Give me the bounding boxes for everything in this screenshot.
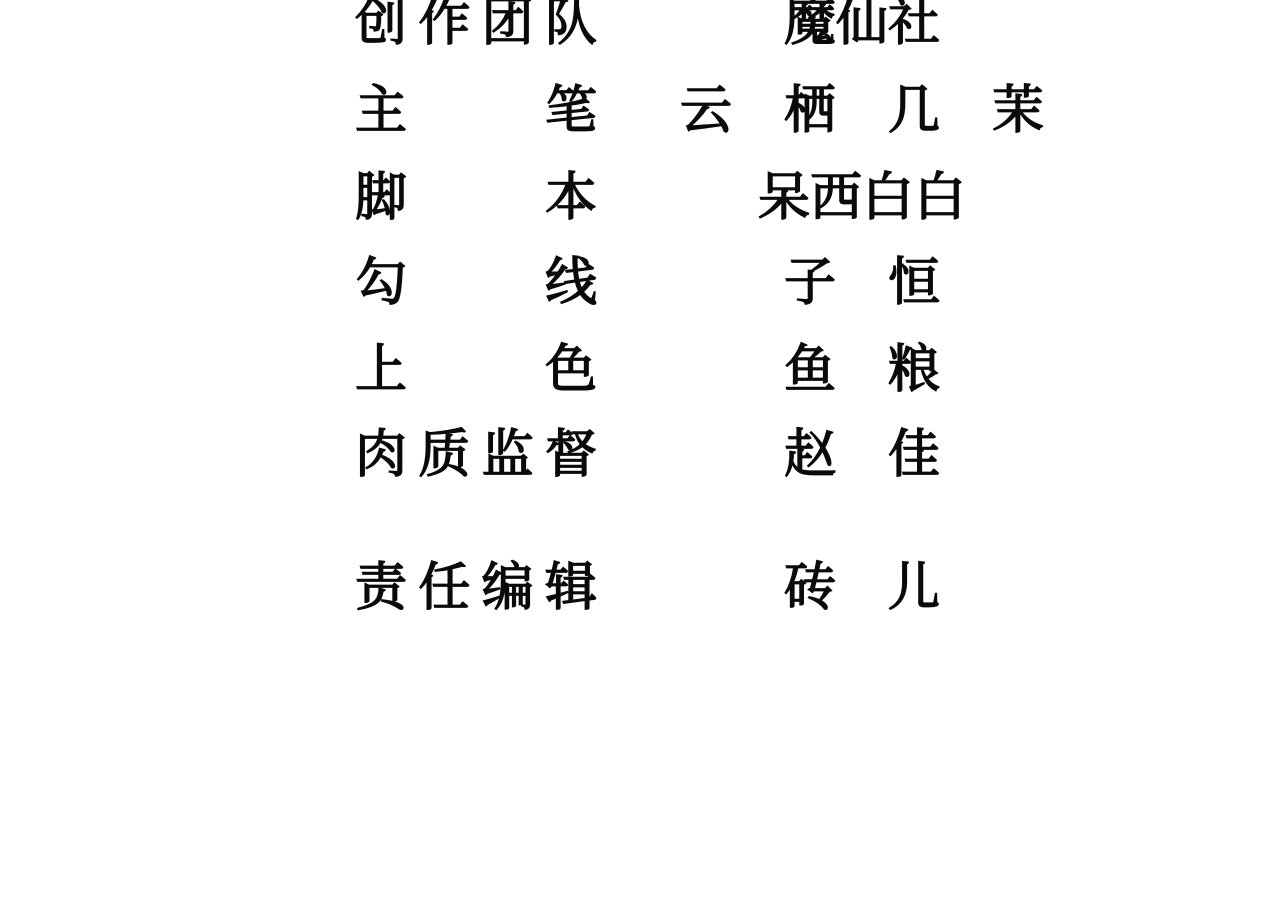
credit-name-value: 赵 佳 — [640, 429, 1084, 481]
credit-role-label: 创作团队 — [355, 0, 597, 49]
credit-name-value: 鱼 粮 — [640, 344, 1084, 396]
credits-row-lead-artist: 主笔 云 栖 几 茉 — [0, 85, 1280, 143]
credit-role-label: 责任编辑 — [355, 562, 597, 614]
credit-role-label: 勾线 — [355, 257, 597, 309]
credits-row-editor: 责任编辑 砖 儿 — [0, 562, 1280, 620]
credit-name-value: 呆西白白 — [640, 172, 1084, 224]
credit-name-value: 魔仙社 — [640, 0, 1084, 49]
credit-role-label: 肉质监督 — [355, 429, 597, 481]
credits-page: 创作团队 魔仙社 主笔 云 栖 几 茉 脚本 呆西白白 勾线 子 恒 上色 鱼 … — [0, 0, 1280, 900]
credit-role-label: 上色 — [355, 344, 597, 396]
credit-role-label: 脚本 — [355, 172, 597, 224]
credit-role-label: 主笔 — [355, 85, 597, 137]
credits-row-script: 脚本 呆西白白 — [0, 172, 1280, 230]
credits-row-quality-supervision: 肉质监督 赵 佳 — [0, 429, 1280, 487]
credit-name-value: 子 恒 — [640, 257, 1084, 309]
credits-row-lineart: 勾线 子 恒 — [0, 257, 1280, 315]
credits-row-creative-team: 创作团队 魔仙社 — [0, 0, 1280, 55]
credit-name-value: 砖 儿 — [640, 562, 1084, 614]
credits-row-coloring: 上色 鱼 粮 — [0, 344, 1280, 402]
credit-name-value: 云 栖 几 茉 — [640, 85, 1084, 137]
